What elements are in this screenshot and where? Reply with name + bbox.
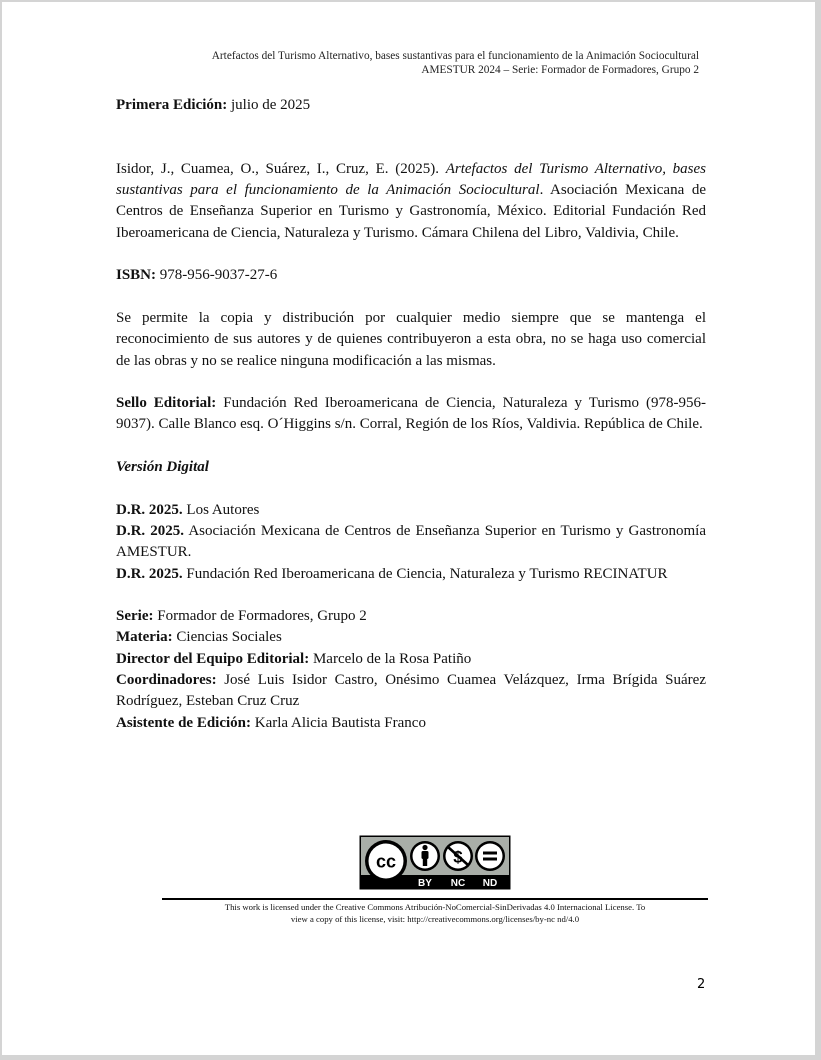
- credit-value: Ciencias Sociales: [173, 629, 282, 645]
- header-series-line: AMESTUR 2024 – Serie: Formador de Formad…: [212, 63, 699, 77]
- rights-line: D.R. 2025. Los Autores: [116, 500, 706, 521]
- rights-label: D.R. 2025.: [116, 502, 183, 518]
- nd-equals-icon: [475, 841, 505, 871]
- by-person-icon: [410, 841, 440, 871]
- credit-value: Formador de Formadores, Grupo 2: [153, 608, 366, 624]
- rights-value: Asociación Mexicana de Centros de Enseña…: [116, 523, 706, 560]
- isbn-label: ISBN:: [116, 267, 156, 283]
- rights-value: Fundación Red Iberoamericana de Ciencia,…: [183, 566, 668, 582]
- document-body: Primera Edición: julio de 2025 Isidor, J…: [116, 95, 706, 734]
- header-title-line: Artefactos del Turismo Alternativo, base…: [212, 49, 699, 63]
- publisher-paragraph: Sello Editorial: Fundación Red Iberoamer…: [116, 393, 706, 436]
- license-line-2: view a copy of this license, visit: http…: [162, 914, 708, 926]
- publisher-label: Sello Editorial:: [116, 395, 216, 411]
- nc-no-dollar-icon: $: [443, 841, 473, 871]
- isbn-line: ISBN: 978-956-9037-27-6: [116, 265, 706, 286]
- credit-line-coordinators: Coordinadores: José Luis Isidor Castro, …: [116, 670, 706, 713]
- citation-paragraph: Isidor, J., Cuamea, O., Suárez, I., Cruz…: [116, 159, 706, 244]
- credit-value: Marcelo de la Rosa Patiño: [309, 651, 471, 667]
- cc-license-badge: cc $ BY: [359, 835, 511, 890]
- document-page: Artefactos del Turismo Alternativo, base…: [2, 2, 815, 1055]
- license-line-1: This work is licensed under the Creative…: [162, 902, 708, 914]
- credit-line-subject: Materia: Ciencias Sociales: [116, 627, 706, 648]
- rights-line: D.R. 2025. Fundación Red Iberoamericana …: [116, 564, 706, 585]
- svg-text:cc: cc: [376, 852, 396, 872]
- nd-label: ND: [483, 878, 497, 889]
- credit-line-series: Serie: Formador de Formadores, Grupo 2: [116, 606, 706, 627]
- isbn-value: 978-956-9037-27-6: [156, 267, 277, 283]
- credit-value: Karla Alicia Bautista Franco: [251, 715, 426, 731]
- rights-label: D.R. 2025.: [116, 566, 183, 582]
- edition-value: julio de 2025: [227, 97, 310, 113]
- permission-paragraph: Se permite la copia y distribución por c…: [116, 308, 706, 372]
- nc-label: NC: [451, 878, 465, 889]
- rights-line: D.R. 2025. Asociación Mexicana de Centro…: [116, 521, 706, 564]
- edition-line: Primera Edición: julio de 2025: [116, 95, 706, 116]
- citation-authors: Isidor, J., Cuamea, O., Suárez, I., Cruz…: [116, 161, 446, 177]
- credit-label: Coordinadores:: [116, 672, 217, 688]
- credit-line-assistant: Asistente de Edición: Karla Alicia Bauti…: [116, 713, 706, 734]
- edition-label: Primera Edición:: [116, 97, 227, 113]
- rights-value: Los Autores: [183, 502, 260, 518]
- page-number: 2: [697, 977, 705, 992]
- license-notice: This work is licensed under the Creative…: [162, 902, 708, 925]
- credit-label: Director del Equipo Editorial:: [116, 651, 309, 667]
- by-label: BY: [418, 878, 432, 889]
- running-header: Artefactos del Turismo Alternativo, base…: [212, 49, 699, 77]
- version-heading: Versión Digital: [116, 457, 706, 478]
- credit-label: Serie:: [116, 608, 153, 624]
- credit-line-director: Director del Equipo Editorial: Marcelo d…: [116, 649, 706, 670]
- credit-label: Asistente de Edición:: [116, 715, 251, 731]
- footer-divider: [162, 898, 708, 900]
- credit-label: Materia:: [116, 629, 173, 645]
- cc-icon: cc: [365, 840, 407, 882]
- rights-label: D.R. 2025.: [116, 523, 184, 539]
